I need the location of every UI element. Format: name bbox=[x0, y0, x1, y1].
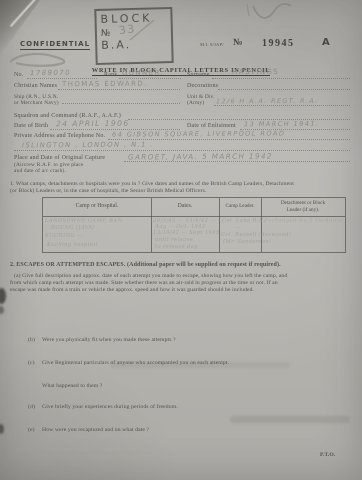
enlistment-value: 13 MARCH 1941. bbox=[244, 120, 319, 129]
question1-line2: (or Block) Leaders or, in the case of ho… bbox=[10, 188, 206, 194]
bleedthrough-smudge-1 bbox=[230, 416, 350, 423]
question1-line1: 1. What camps, detachments or hospitals … bbox=[10, 181, 294, 187]
camp-table: Camp or Hospital. Dates. Camp Leader. De… bbox=[42, 197, 346, 253]
question-c-label: (c) bbox=[28, 360, 35, 366]
section2a-line3: escape was made from a train or vehicle … bbox=[10, 287, 254, 293]
question-d-label: (d) bbox=[28, 404, 35, 410]
pencil-slash-on-stamp bbox=[128, 18, 158, 42]
question-b-label: (b) bbox=[28, 337, 35, 343]
table-header-divider bbox=[43, 216, 345, 217]
unit-div-label-line2: (Army) bbox=[187, 100, 204, 106]
edge-smudge-1 bbox=[0, 288, 6, 304]
mi9-no-symbol: № bbox=[233, 38, 243, 48]
table-header-camp: Camp or Hospital. bbox=[43, 203, 151, 209]
mi9-ref-number-stamp: 19945 bbox=[262, 38, 295, 49]
pto-marking: P.T.O. bbox=[320, 452, 335, 458]
dob-label: Date of Birth bbox=[14, 123, 48, 129]
detachment-entry-line1: Exchanged No 2 Technical bbox=[264, 218, 344, 224]
question-d-text: Give briefly your experiences during per… bbox=[42, 404, 178, 410]
question-c-text: Give Regimental particulars of anyone wh… bbox=[42, 360, 229, 366]
question-e-text: How were you recaptured and on what date… bbox=[42, 427, 149, 433]
ship-label-line2: or Merchant Navy) bbox=[14, 100, 59, 106]
camp-entry-line4: Kuching hospital bbox=[47, 242, 98, 248]
address-value-line1: 64 GIBSON SQUARE, LIVERPOOL ROAD bbox=[112, 129, 285, 138]
section2-heading: 2. ESCAPES OR ATTEMPTED ESCAPES. (Additi… bbox=[10, 262, 281, 268]
enlistment-label: Date of Enlistment bbox=[187, 123, 236, 129]
address-value-line2: ISLINGTON , LONDON , N.1 . bbox=[22, 141, 154, 150]
rule-no bbox=[27, 78, 97, 79]
table-header-detachment-line1: Detachment or Block bbox=[261, 200, 345, 206]
address-label: Private Address and Telephone No. bbox=[14, 133, 105, 139]
leader-entry-line1: Col. Lane R.E. bbox=[222, 218, 265, 224]
capture-label-line3: and date of a/c crash). bbox=[14, 168, 66, 174]
capture-value: GAROET, JAVA. 5 MARCH 1942 bbox=[128, 151, 273, 161]
camp-entry-line2: DOENG (JAVA) bbox=[51, 225, 95, 231]
dob-value: 24 APRIL 1906 bbox=[56, 119, 130, 129]
rank-label: Rank bbox=[104, 72, 117, 78]
table-header-leader: Camp Leader. bbox=[219, 203, 261, 209]
table-header-dates: Dates. bbox=[151, 203, 219, 209]
camp-entry-line3: KUCHING — bbox=[45, 233, 83, 239]
question-c-followup: What happened to them ? bbox=[42, 383, 102, 389]
mi9-grade-letter: A bbox=[322, 37, 330, 48]
christian-names-label: Christian Names bbox=[14, 83, 57, 89]
table-header-detachment-line2: Leader (if any). bbox=[261, 207, 345, 213]
surname-value: HASTINGS bbox=[232, 68, 279, 76]
confidential-marking: CONFIDENTIAL bbox=[20, 40, 90, 50]
dates-entry-line4: until release, bbox=[155, 237, 195, 243]
rule-address-2 bbox=[14, 150, 350, 151]
camp-entry-line1: LANDSDWNE CAMP, BAN- bbox=[45, 218, 125, 224]
christian-names-value: THOMAS EDWARD. bbox=[62, 80, 148, 89]
capture-label-line1: Place and Date of Original Capture bbox=[14, 155, 105, 161]
rule-ship bbox=[62, 103, 180, 104]
mi9-ref-prefix: M.I. 9/JAP/ bbox=[200, 42, 224, 47]
scanned-pow-questionnaire-form: CONFIDENTIAL BLOCK № 33 B.A. M.I. 9/JAP/… bbox=[0, 0, 362, 480]
stamp-no-symbol: № bbox=[101, 29, 112, 39]
section2a-line1: (a) Give full description and approx. da… bbox=[14, 273, 287, 279]
surname-label: Surname bbox=[187, 72, 210, 78]
rule-unit bbox=[214, 105, 350, 106]
dates-entry-line3: 13/10/42 — Sept 1945 bbox=[153, 230, 220, 236]
section2a-line2: from which camp each attempt was made. S… bbox=[10, 280, 278, 286]
leader-entry-line4: (Mr. Sanderson) bbox=[223, 239, 272, 245]
question-e-label: (e) bbox=[28, 427, 35, 433]
no-value: 1789070 bbox=[30, 69, 71, 77]
question-b-text: Were you physically fit when you made th… bbox=[42, 337, 176, 343]
edge-smudge-2 bbox=[0, 306, 4, 314]
rank-value: GUNNER. bbox=[122, 69, 164, 77]
rule-surname bbox=[212, 78, 350, 79]
rule-christian bbox=[58, 89, 180, 90]
leader-entry-line3: Col. Russell (deceased) bbox=[221, 232, 291, 238]
edge-smudge-3 bbox=[0, 424, 4, 434]
no-label: No. bbox=[14, 72, 23, 78]
rule-capture bbox=[124, 161, 350, 162]
pencil-checkmark-squiggle bbox=[245, 0, 325, 30]
rule-decorations bbox=[218, 89, 350, 90]
leader-entry-line2: — bbox=[235, 225, 241, 231]
decorations-label: Decorations bbox=[187, 83, 218, 89]
dates-entry-line5: to release day bbox=[155, 244, 198, 250]
